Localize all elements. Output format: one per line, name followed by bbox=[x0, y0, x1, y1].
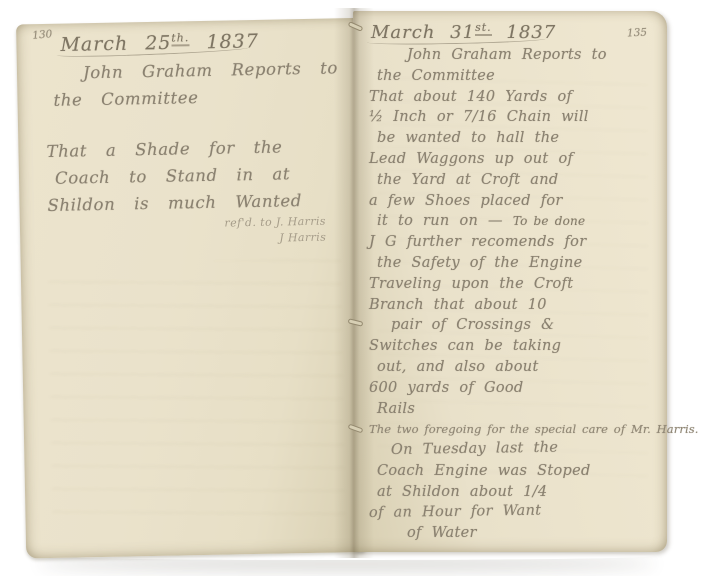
margin-note: To be done bbox=[513, 214, 585, 228]
manuscript-line: On Tuesday last the bbox=[391, 436, 657, 461]
manuscript-book: 130 March 25th. 1837 John Graham Reports… bbox=[0, 0, 704, 576]
manuscript-line: of Water bbox=[407, 523, 657, 544]
left-page-number: 130 bbox=[32, 28, 53, 42]
manuscript-line: of an Hour for Want bbox=[369, 499, 657, 524]
date-day: March 31 bbox=[371, 22, 475, 43]
manuscript-line: it to run on —To be done bbox=[377, 211, 657, 232]
date-year: 1837 bbox=[206, 30, 259, 53]
manuscript-line: John Graham Reports to bbox=[83, 55, 345, 87]
manuscript-line: J G further recomends for bbox=[369, 232, 657, 253]
manuscript-line: a few Shoes placed for bbox=[369, 191, 657, 212]
right-date-heading: March 31st. 1837 bbox=[369, 21, 657, 45]
manuscript-line: Branch that about 10 bbox=[369, 295, 657, 316]
date-ordinal: st. bbox=[475, 21, 492, 36]
manuscript-line: 600 yards of Good bbox=[369, 378, 657, 399]
right-page-number: 135 bbox=[627, 26, 648, 39]
manuscript-line: pair of Crossings & bbox=[391, 315, 657, 336]
manuscript-line: Rails bbox=[377, 399, 657, 420]
manuscript-line: Coach Engine was Stoped bbox=[377, 461, 657, 482]
date-year: 1837 bbox=[506, 22, 556, 43]
manuscript-line: John Graham Reports to bbox=[407, 45, 657, 66]
manuscript-line-text: it to run on — bbox=[377, 213, 503, 229]
manuscript-line: the Committee bbox=[377, 66, 657, 87]
manuscript-line: ½ Inch or 7/16 Chain will bbox=[369, 107, 657, 128]
manuscript-line: Traveling upon the Croft bbox=[369, 274, 657, 295]
manuscript-line: Lead Waggons up out of bbox=[369, 149, 657, 170]
right-page: 135 March 31st. 1837 John Graham Reports… bbox=[353, 11, 667, 552]
manuscript-line: Switches can be taking bbox=[369, 336, 657, 357]
manuscript-line: the Yard at Croft and bbox=[377, 170, 657, 191]
manuscript-line: be wanted to hall the bbox=[377, 128, 657, 149]
manuscript-line: out, and also about bbox=[377, 357, 657, 378]
left-page: 130 March 25th. 1837 John Graham Reports… bbox=[16, 18, 366, 558]
manuscript-line: the Safety of the Engine bbox=[377, 253, 657, 274]
manuscript-line: That about 140 Yards of bbox=[369, 87, 657, 108]
date-day: March 25 bbox=[60, 32, 171, 56]
date-ordinal: th. bbox=[171, 31, 189, 46]
ink-showthrough bbox=[48, 258, 346, 534]
